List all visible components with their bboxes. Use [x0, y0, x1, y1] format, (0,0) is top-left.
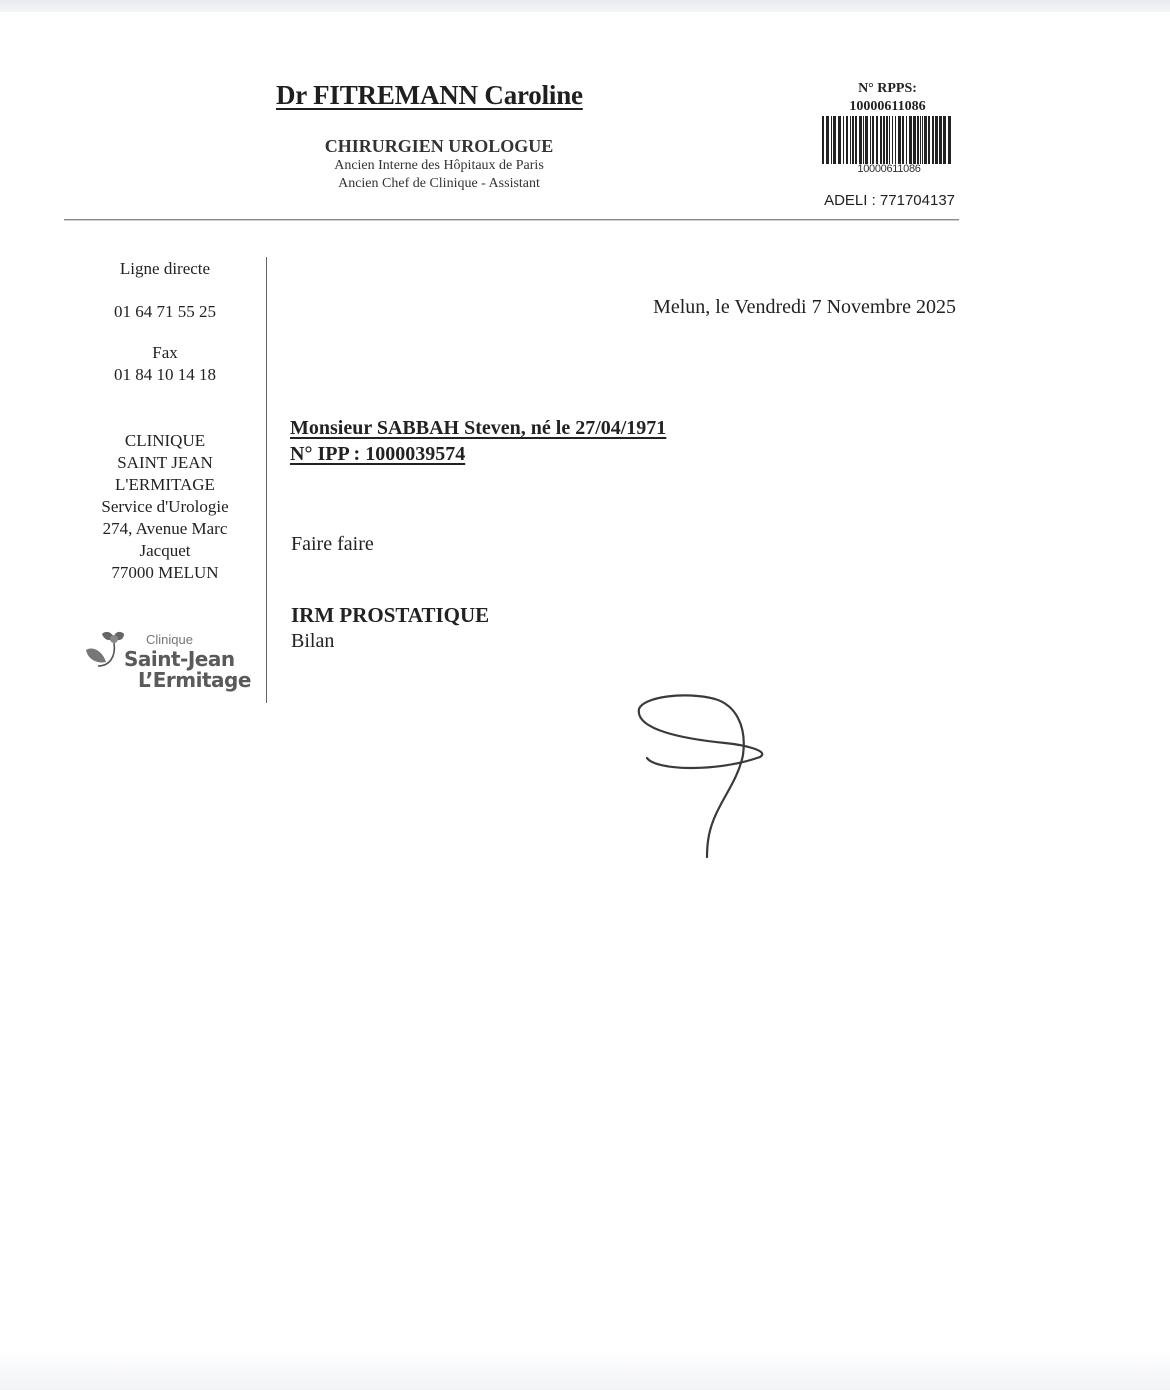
barcode-number: 10000611086 — [822, 163, 956, 175]
viewer-top-edge — [0, 0, 1170, 12]
fax-number: 01 84 10 14 18 — [70, 364, 260, 386]
doctor-specialty-block: CHIRURGIEN UROLOGUE Ancien Interne des H… — [300, 135, 578, 193]
patient-block: Monsieur SABBAH Steven, né le 27/04/1971… — [290, 415, 666, 467]
adeli-number: ADELI : 771704137 — [790, 192, 955, 209]
logo-clinique: Clinique — [146, 632, 193, 647]
rpps-number: 10000611086 — [815, 98, 960, 116]
address-line: L'ERMITAGE — [70, 474, 260, 496]
clinic-logo: Clinique Saint-Jean L’Ermitage — [84, 628, 259, 694]
doctor-title-2: Ancien Chef de Clinique - Assistant — [300, 175, 578, 193]
address-line: SAINT JEAN — [70, 452, 260, 474]
exam-note: Bilan — [291, 630, 334, 653]
rpps-label: N° RPPS: — [815, 80, 960, 98]
instruction-text: Faire faire — [291, 533, 374, 556]
clinic-address: CLINIQUE SAINT JEAN L'ERMITAGE Service d… — [70, 430, 260, 584]
sidebar-divider — [266, 257, 267, 703]
handwritten-signature-icon — [625, 685, 785, 865]
fax-label: Fax — [70, 342, 260, 364]
rpps-block: N° RPPS: 10000611086 — [815, 80, 960, 116]
address-line: 274, Avenue Marc — [70, 518, 260, 540]
doctor-title-1: Ancien Interne des Hôpitaux de Paris — [300, 157, 578, 175]
doctor-specialty: CHIRURGIEN UROLOGUE — [300, 135, 578, 157]
patient-identity: Monsieur SABBAH Steven, né le 27/04/1971 — [290, 415, 666, 441]
exam-title: IRM PROSTATIQUE — [291, 603, 489, 628]
patient-ipp: N° IPP : 1000039574 — [290, 441, 666, 467]
address-line: CLINIQUE — [70, 430, 260, 452]
barcode-icon — [822, 116, 956, 164]
direct-line-label: Ligne directe — [70, 258, 260, 280]
doctor-name: Dr FITREMANN Caroline — [276, 80, 606, 111]
direct-line-number: 01 64 71 55 25 — [70, 301, 260, 323]
letter-date: Melun, le Vendredi 7 Novembre 2025 — [560, 296, 956, 319]
address-line: 77000 MELUN — [70, 562, 260, 584]
address-line: Jacquet — [70, 540, 260, 562]
header-divider — [64, 219, 959, 220]
address-line: Service d'Urologie — [70, 496, 260, 518]
viewer-bottom-edge — [0, 1350, 1170, 1390]
logo-line-2: L’Ermitage — [138, 668, 251, 692]
